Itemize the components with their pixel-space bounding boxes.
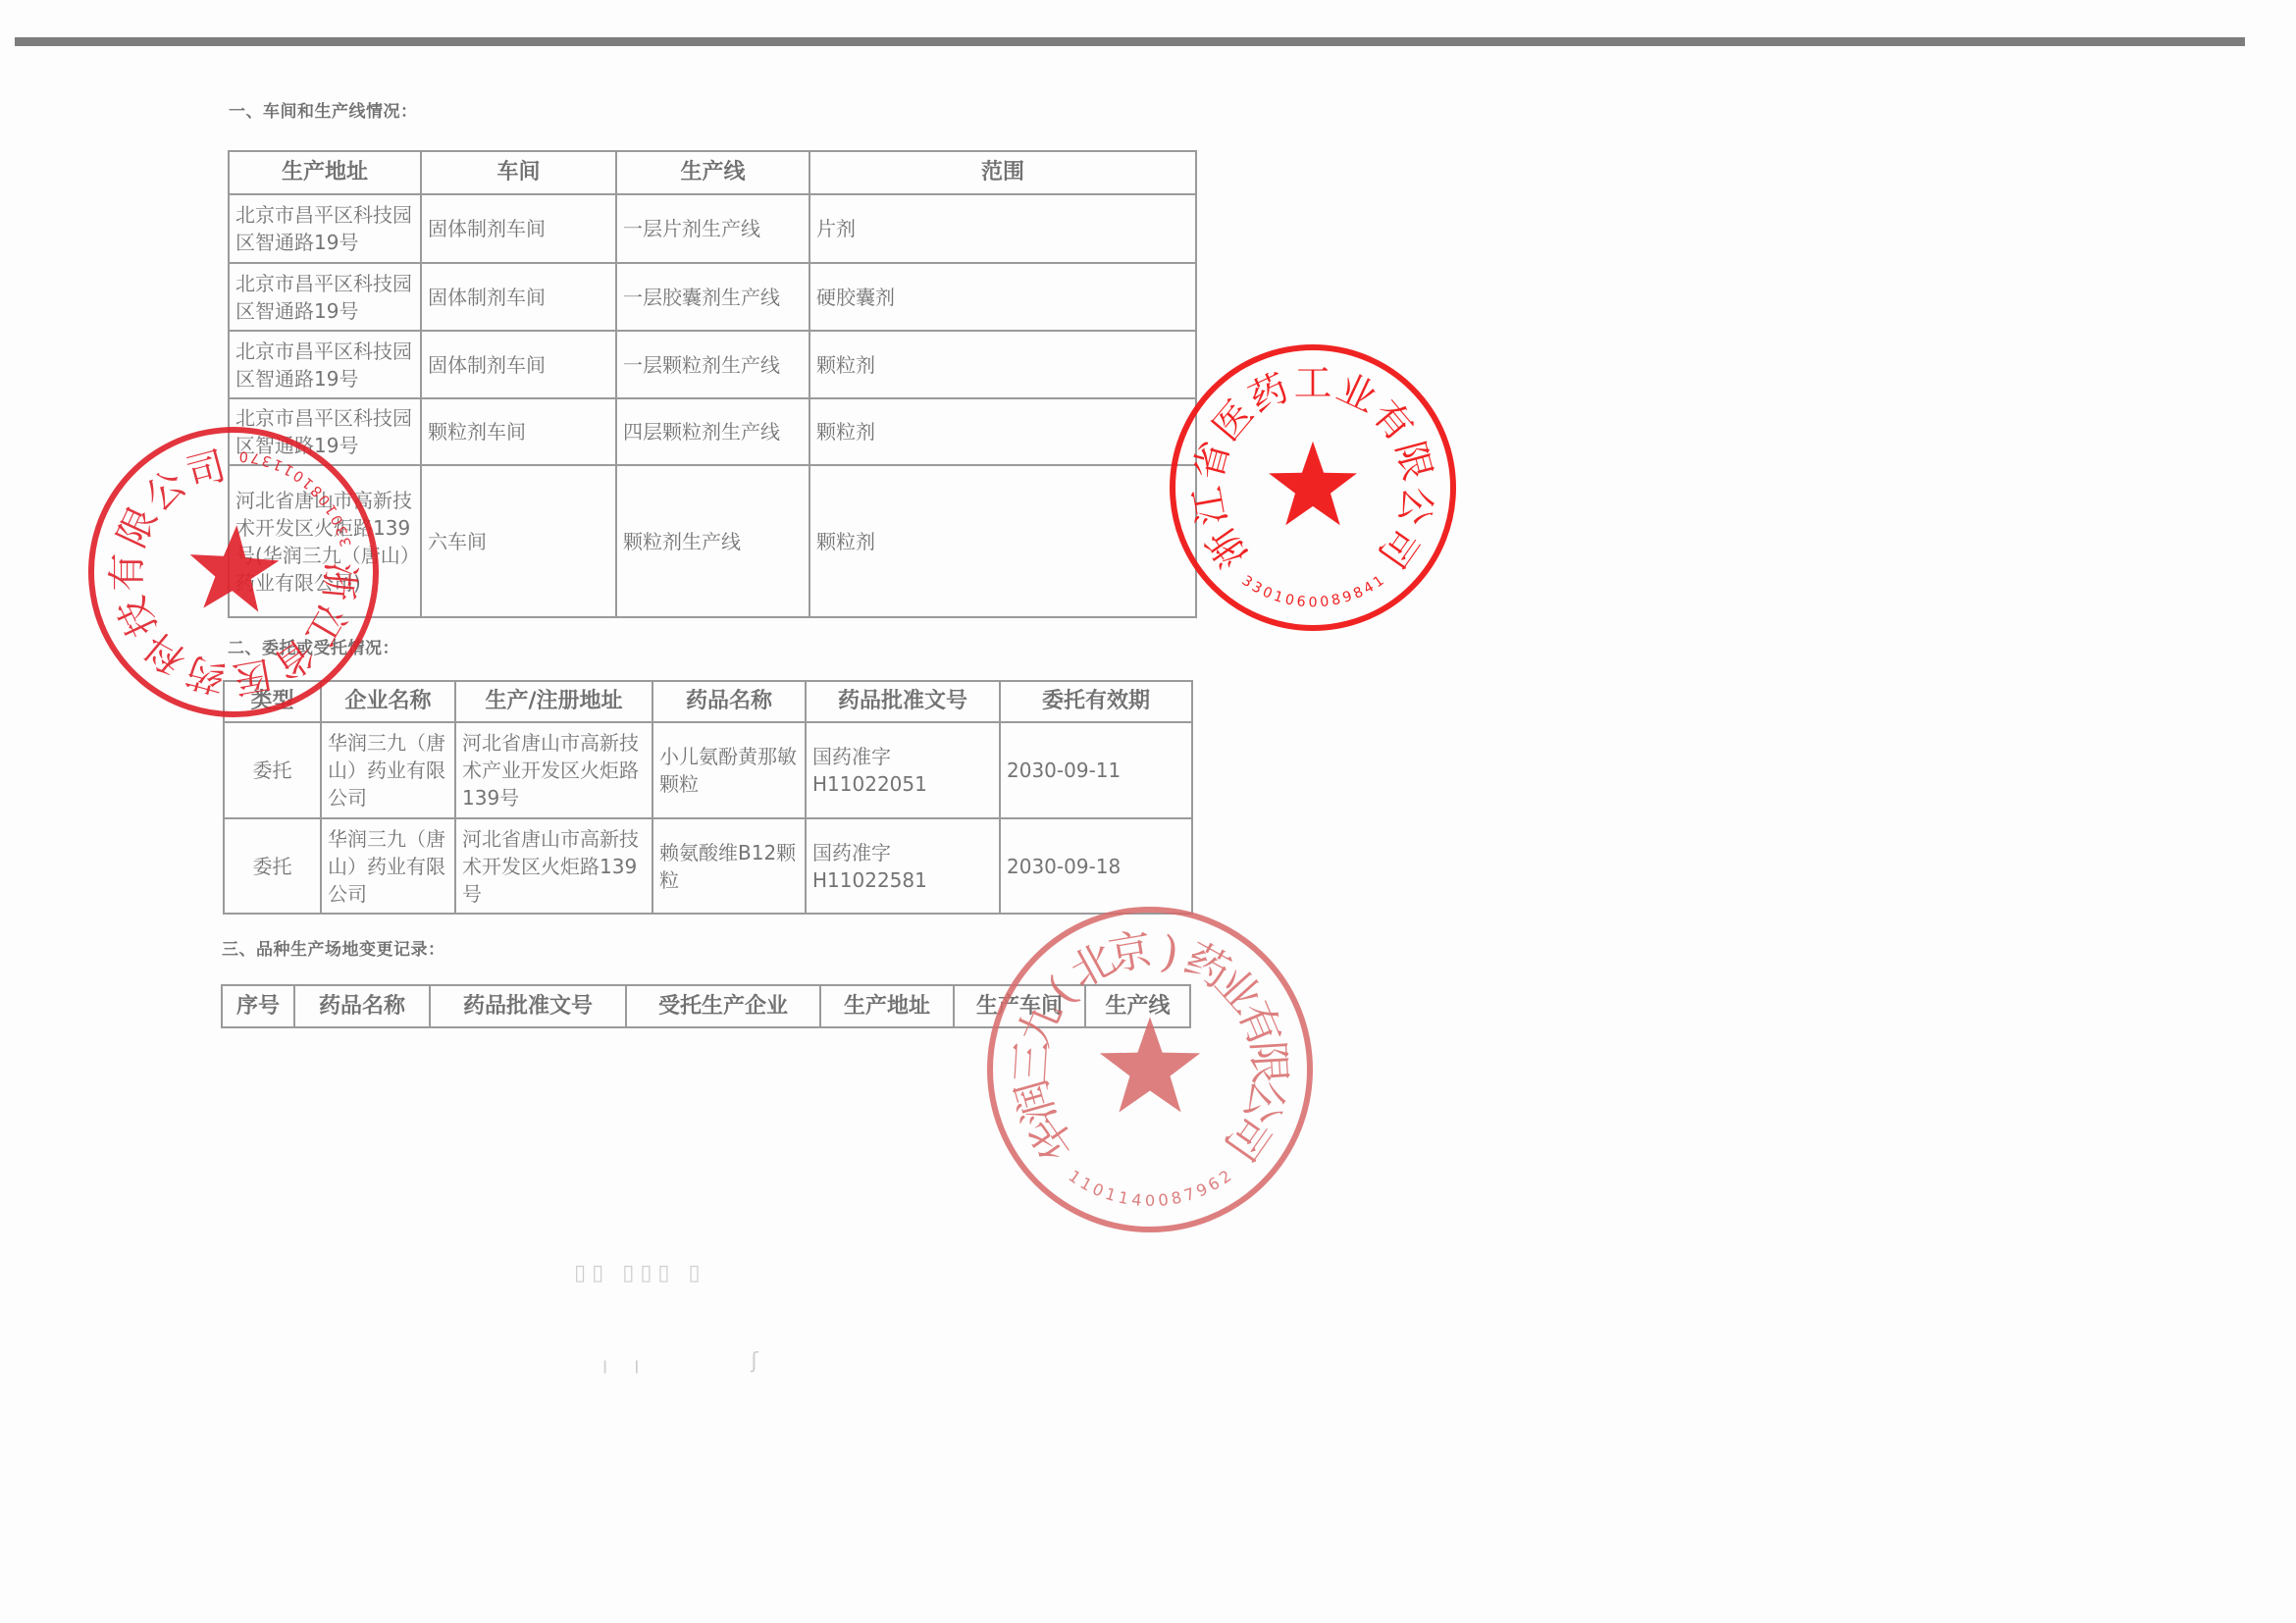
cell-workshop: 颗粒剂车间 <box>421 398 616 465</box>
table-header-row: 生产地址 车间 生产线 范围 <box>229 151 1196 194</box>
svg-text:9: 9 <box>1341 589 1354 606</box>
cell-line: 四层颗粒剂生产线 <box>616 398 809 465</box>
svg-text:3: 3 <box>1238 573 1255 591</box>
svg-text:4: 4 <box>1361 579 1377 597</box>
entrustment-table: 类型 企业名称 生产/注册地址 药品名称 药品批准文号 委托有效期 委托 华润三… <box>223 680 1193 915</box>
site-change-table: 序号 药品名称 药品批准文号 受托生产企业 生产地址 生产车间 生产线 <box>221 984 1191 1028</box>
svg-text:1: 1 <box>1371 573 1387 591</box>
col-header: 药品名称 <box>294 985 430 1027</box>
svg-text:0: 0 <box>1145 1191 1155 1210</box>
cell-workshop: 固体制剂车间 <box>421 331 616 398</box>
svg-text:8: 8 <box>1331 592 1342 609</box>
svg-text:3: 3 <box>1249 579 1265 597</box>
svg-text:药: 药 <box>1242 366 1295 422</box>
svg-text:司: 司 <box>1369 519 1427 575</box>
svg-text:0: 0 <box>1320 594 1331 610</box>
company-seal-bottom: 华润三九(北京)药业有限公司1101140087962 <box>985 905 1315 1234</box>
svg-text:医: 医 <box>1204 393 1262 450</box>
col-header: 委托有效期 <box>1000 681 1192 722</box>
svg-text:8: 8 <box>1351 585 1366 602</box>
seal-graphic: 浙江省医药工业有限公司3301060089841 <box>1173 347 1453 628</box>
svg-text:限: 限 <box>110 500 166 554</box>
svg-text:2: 2 <box>1216 1167 1234 1188</box>
star-icon <box>1269 442 1357 525</box>
cell-address: 河北省唐山市高新技术开发区火炬路139号 <box>455 818 652 914</box>
svg-text:科: 科 <box>137 623 195 682</box>
table-row: 委托 华润三九（唐山）药业有限公司 河北省唐山市高新技术产业开发区火炬路139号… <box>224 722 1192 818</box>
svg-text:华: 华 <box>1020 1106 1086 1170</box>
company-seal-right: 浙江省医药工业有限公司3301060089841 <box>1168 342 1458 633</box>
cell-workshop: 固体制剂车间 <box>421 194 616 263</box>
cell-address: 北京市昌平区科技园区智通路19号 <box>229 398 421 465</box>
svg-text:工: 工 <box>1294 362 1332 406</box>
cell-scope: 颗粒剂 <box>809 331 1196 398</box>
svg-text:0: 0 <box>1157 1190 1169 1210</box>
svg-text:0: 0 <box>1260 585 1275 602</box>
cell-workshop: 六车间 <box>421 465 616 617</box>
table-header-row: 序号 药品名称 药品批准文号 受托生产企业 生产地址 生产车间 生产线 <box>222 985 1190 1027</box>
cell-line: 一层片剂生产线 <box>616 194 809 263</box>
svg-text:1: 1 <box>1066 1167 1084 1188</box>
cell-address: 北京市昌平区科技园区智通路19号 <box>229 263 421 331</box>
cell-validity: 2030-09-18 <box>1000 818 1192 914</box>
section-3-heading: 三、品种生产场地变更记录： <box>222 940 445 960</box>
col-header: 车间 <box>421 151 616 194</box>
svg-text:司: 司 <box>182 445 230 497</box>
cell-company: 华润三九（唐山）药业有限公司 <box>321 818 455 914</box>
cell-workshop: 固体制剂车间 <box>421 263 616 331</box>
svg-text:有: 有 <box>106 552 150 591</box>
cell-scope: 片剂 <box>809 194 1196 263</box>
svg-text:限: 限 <box>1242 1039 1295 1085</box>
svg-text:0: 0 <box>1308 595 1317 610</box>
cell-address: 北京市昌平区科技园区智通路19号 <box>229 194 421 263</box>
svg-text:司: 司 <box>1214 1106 1279 1170</box>
svg-text:1: 1 <box>1103 1184 1119 1205</box>
col-header: 生产地址 <box>820 985 954 1027</box>
cell-scope: 颗粒剂 <box>809 398 1196 465</box>
svg-text:公: 公 <box>1234 1074 1294 1129</box>
seal-graphic: 华润三九(北京)药业有限公司1101140087962 <box>990 910 1310 1230</box>
col-header: 范围 <box>809 151 1196 194</box>
cell-scope: 硬胶囊剂 <box>809 263 1196 331</box>
col-header: 生产线 <box>1085 985 1190 1027</box>
cell-address: 河北省唐山市高新技术产业开发区火炬路139号 <box>455 722 652 818</box>
table-row: 委托 华润三九（唐山）药业有限公司 河北省唐山市高新技术开发区火炬路139号 赖… <box>224 818 1192 914</box>
col-header: 药品批准文号 <box>430 985 626 1027</box>
table-row: 北京市昌平区科技园区智通路19号 固体制剂车间 一层片剂生产线 片剂 <box>229 194 1196 263</box>
cell-validity: 2030-09-11 <box>1000 722 1192 818</box>
col-header: 序号 <box>222 985 294 1027</box>
table-header-row: 类型 企业名称 生产/注册地址 药品名称 药品批准文号 委托有效期 <box>224 681 1192 722</box>
header-rule <box>15 37 2245 46</box>
star-icon <box>1100 1017 1200 1112</box>
workshop-table: 生产地址 车间 生产线 范围 北京市昌平区科技园区智通路19号 固体制剂车间 一… <box>228 150 1197 618</box>
col-header: 受托生产企业 <box>626 985 820 1027</box>
table-row: 河北省唐山市高新技术开发区火炬路139号(华润三九（唐山）药业有限公司) 六车间… <box>229 465 1196 617</box>
svg-text:限: 限 <box>1386 437 1438 485</box>
svg-text:6: 6 <box>1205 1174 1223 1195</box>
faded-scan-marks: ▯▯ ▯▯▯ ▯ <box>574 1261 706 1285</box>
col-header: 生产线 <box>616 151 809 194</box>
cell-approval-no: 国药准字H11022051 <box>806 722 1000 818</box>
table-row: 北京市昌平区科技园区智通路19号 固体制剂车间 一层颗粒剂生产线 颗粒剂 <box>229 331 1196 398</box>
col-header: 生产车间 <box>954 985 1085 1027</box>
cell-address: 河北省唐山市高新技术开发区火炬路139号(华润三九（唐山）药业有限公司) <box>229 465 421 617</box>
cell-line: 颗粒剂生产线 <box>616 465 809 617</box>
cell-address: 北京市昌平区科技园区智通路19号 <box>229 331 421 398</box>
cell-scope: 颗粒剂 <box>809 465 1196 617</box>
svg-text:1: 1 <box>1117 1188 1130 1209</box>
col-header: 药品名称 <box>652 681 806 722</box>
cell-drug-name: 小儿氨酚黄那敏颗粒 <box>652 722 806 818</box>
svg-text:三: 三 <box>1006 1039 1059 1085</box>
svg-text:1: 1 <box>1272 589 1284 606</box>
svg-text:0: 0 <box>1090 1179 1107 1201</box>
svg-text:6: 6 <box>1296 594 1307 610</box>
svg-text:9: 9 <box>1193 1179 1210 1201</box>
svg-text:): ) <box>1157 926 1181 978</box>
svg-text:业: 业 <box>1205 958 1271 1023</box>
col-header: 生产地址 <box>229 151 421 194</box>
svg-text:1: 1 <box>1077 1174 1095 1195</box>
svg-text:4: 4 <box>1130 1190 1142 1210</box>
section-1-heading: 一、车间和生产线情况： <box>229 102 418 122</box>
cell-line: 一层胶囊剂生产线 <box>616 263 809 331</box>
svg-text:业: 业 <box>1331 366 1383 422</box>
cell-type: 委托 <box>224 818 321 914</box>
cell-line: 一层颗粒剂生产线 <box>616 331 809 398</box>
svg-text:公: 公 <box>1390 483 1440 528</box>
svg-text:有: 有 <box>1227 994 1290 1053</box>
svg-text:8: 8 <box>1170 1188 1183 1209</box>
svg-text:浙: 浙 <box>1199 519 1257 575</box>
section-2-heading: 二、委托或受托情况： <box>228 639 399 658</box>
cell-type: 委托 <box>224 722 321 818</box>
cell-drug-name: 赖氨酸维B12颗粒 <box>652 818 806 914</box>
svg-text:技: 技 <box>110 590 166 644</box>
svg-text:公: 公 <box>137 462 195 521</box>
svg-text:京: 京 <box>1105 924 1156 981</box>
table-row: 北京市昌平区科技园区智通路19号 颗粒剂车间 四层颗粒剂生产线 颗粒剂 <box>229 398 1196 465</box>
svg-text:有: 有 <box>1363 393 1421 450</box>
svg-text:润: 润 <box>1006 1074 1066 1129</box>
svg-text:7: 7 <box>1181 1184 1197 1205</box>
col-header: 企业名称 <box>321 681 455 722</box>
col-header: 类型 <box>224 681 321 722</box>
svg-text:0: 0 <box>1283 592 1295 609</box>
cell-company: 华润三九（唐山）药业有限公司 <box>321 722 455 818</box>
cell-approval-no: 国药准字H11022581 <box>806 818 1000 914</box>
col-header: 生产/注册地址 <box>455 681 652 722</box>
faded-scan-marks: ╷ ╷ ʃ <box>599 1349 764 1374</box>
table-row: 北京市昌平区科技园区智通路19号 固体制剂车间 一层胶囊剂生产线 硬胶囊剂 <box>229 263 1196 331</box>
col-header: 药品批准文号 <box>806 681 1000 722</box>
